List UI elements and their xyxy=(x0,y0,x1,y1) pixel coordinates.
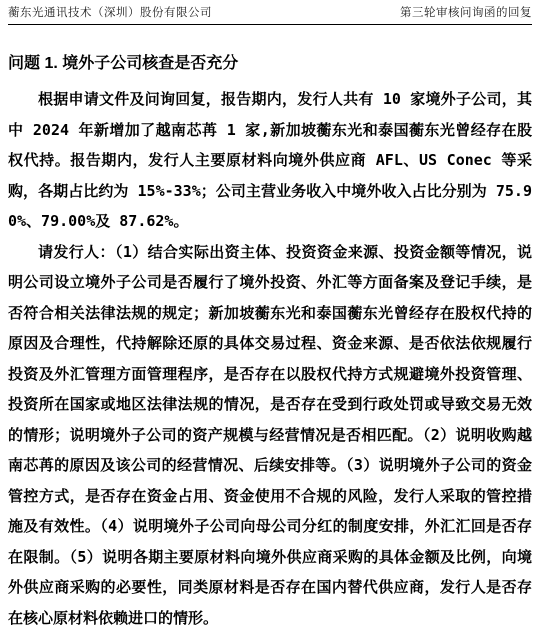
question-title: 问题 1. 境外子公司核查是否充分 xyxy=(8,53,532,75)
page-header: 蘅东光通讯技术（深圳）股份有限公司 第三轮审核问询函的回复 xyxy=(8,6,532,25)
paragraph-background: 根据申请文件及问询回复，报告期内，发行人共有 10 家境外子公司，其中 2024… xyxy=(8,84,532,237)
header-doc-title: 第三轮审核问询函的回复 xyxy=(400,6,532,20)
header-company-name: 蘅东光通讯技术（深圳）股份有限公司 xyxy=(8,6,212,20)
paragraph-requests: 请发行人：（1）结合实际出资主体、投资资金来源、投资金额等情况，说明公司设立境外… xyxy=(8,237,532,626)
question-body: 根据申请文件及问询回复，报告期内，发行人共有 10 家境外子公司，其中 2024… xyxy=(8,84,532,626)
document-page: 蘅东光通讯技术（深圳）股份有限公司 第三轮审核问询函的回复 问题 1. 境外子公… xyxy=(0,0,540,626)
